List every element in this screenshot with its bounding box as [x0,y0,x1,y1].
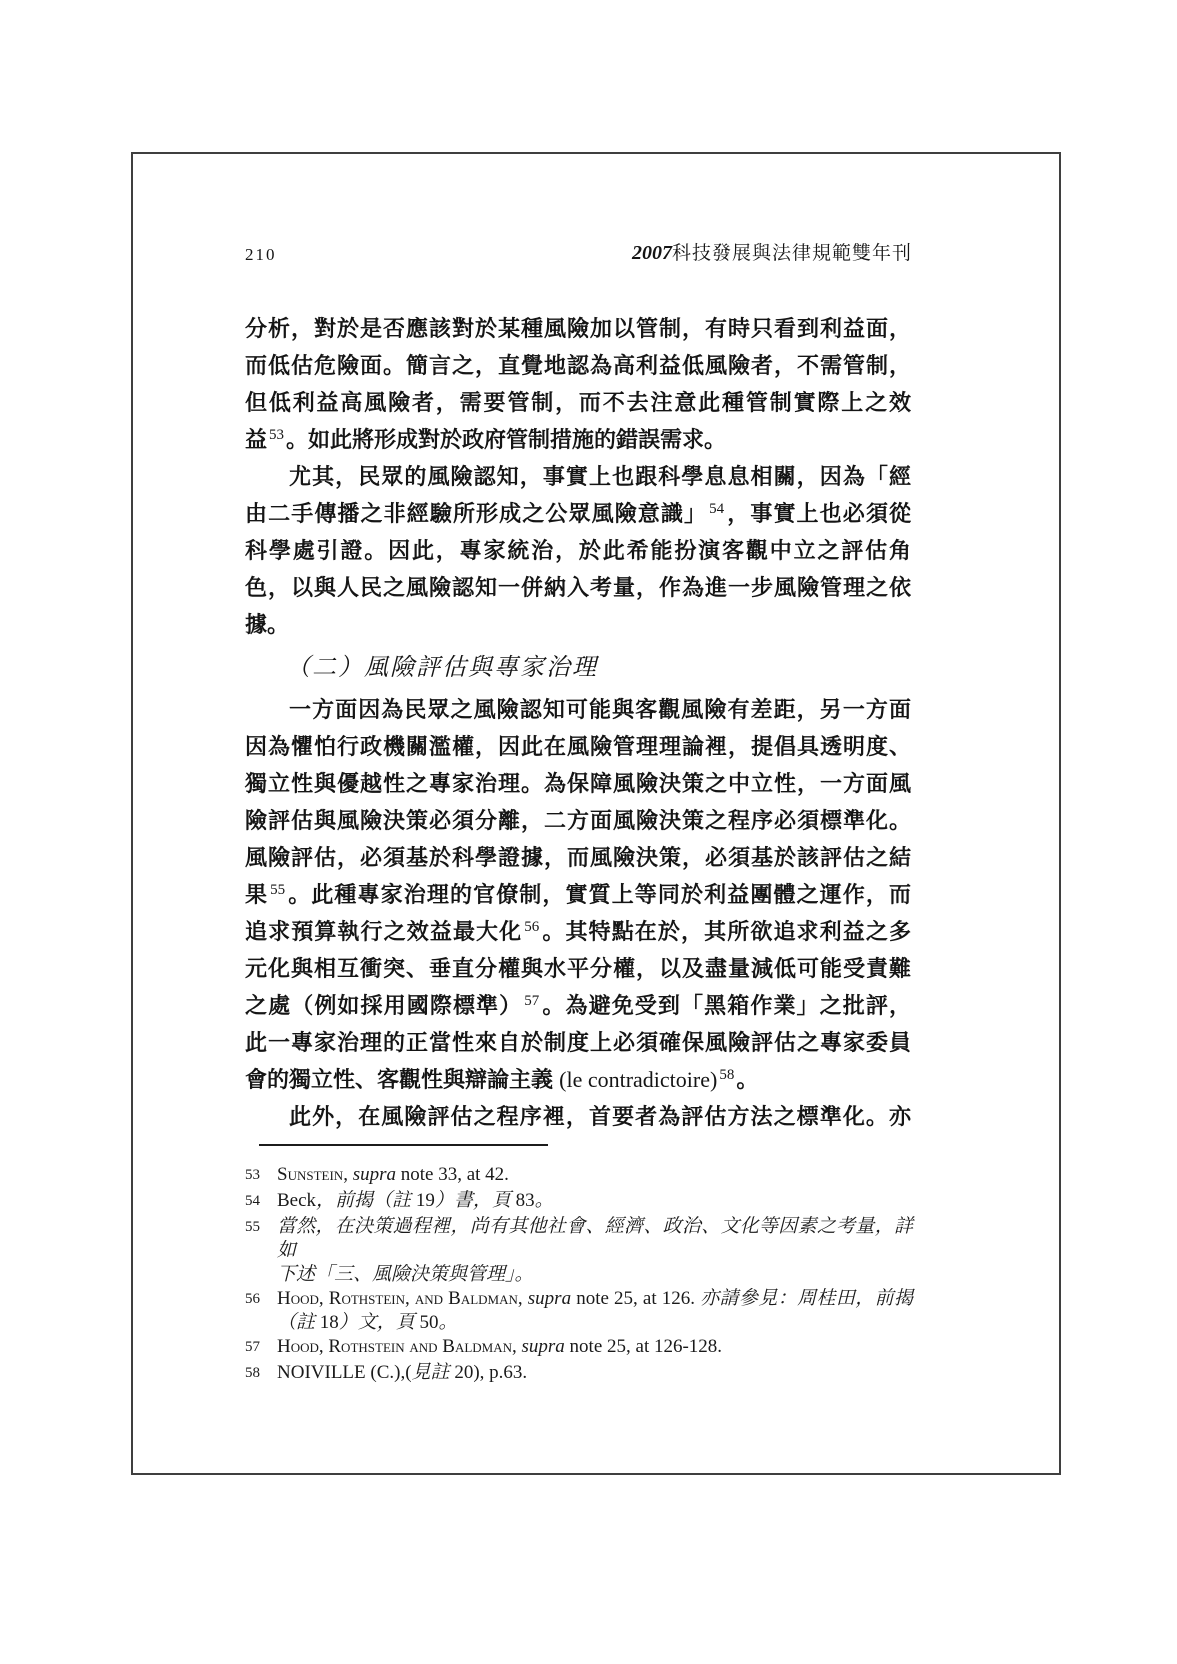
text-segment: ，事實上也必須從 [726,501,911,526]
footnote-separator [259,1144,548,1146]
body-line: 追求預算執行之效益最大化56。其特點在於，其所欲追求利益之多 [245,913,911,950]
text-segment: supra [528,1288,571,1309]
section-heading: （二）風險評估與專家治理 [245,649,911,687]
body-line: 一方面因為民眾之風險認知可能與客觀風險有差距，另一方面 [245,691,911,728]
footnote-ref: 56 [524,919,539,935]
footnote-line: 當然，在決策過程裡，尚有其他社會、經濟、政治、文化等因素之考量，詳如 [277,1215,913,1263]
footnote-line: Hood, Rothstein, and Baldman, supra note… [277,1287,913,1311]
text-segment: , [512,1336,522,1357]
body-line: 果55。此種專家治理的官僚制，實質上等同於利益團體之運作，而 [245,876,911,913]
footnote-item: 54Beck，前揭（註 19）書，頁 83。 [245,1189,913,1215]
text-segment: 會的獨立性、客觀性與辯論主義 [245,1067,559,1092]
body-line: 尤其，民眾的風險認知，事實上也跟科學息息相關，因為「經 [245,458,911,495]
paragraph: 一方面因為民眾之風險認知可能與客觀風險有差距，另一方面因為懼怕行政機關濫權，因此… [245,691,911,1098]
text-segment: , [518,1288,528,1309]
footnote-text: 當然，在決策過程裡，尚有其他社會、經濟、政治、文化等因素之考量，詳如下述「三、風… [277,1215,913,1287]
footnote-line: （註 18）文，頁 50。 [277,1311,913,1335]
text-segment: 下述「三、風險決策與管理」。 [277,1264,534,1285]
text-segment: 。為避免受到「黑箱作業」之批評， [541,993,911,1018]
text-segment: 。如此將形成對於政府管制措施的錯誤需求。 [286,427,726,452]
text-segment: ）書，頁 [435,1190,516,1211]
footnote-text: Sunstein, supra note 33, at 42. [277,1163,913,1189]
text-segment: 分析，對於是否應該對於某種風險加以管制，有時只看到利益面， [245,316,911,341]
text-segment: 追求預算執行之效益最大化 [245,919,522,944]
text-segment: 當然，在決策過程裡，尚有其他社會、經濟、政治、文化等因素之考量，詳如 [277,1216,913,1261]
footnote-item: 57Hood, Rothstein and Baldman, supra not… [245,1335,913,1361]
body-line: 據。 [245,606,911,643]
body-line: 險評估與風險決策必須分離，二方面風險決策之程序必須標準化。 [245,802,911,839]
body-line: 風險評估，必須基於科學證據，而風險決策，必須基於該評估之結 [245,839,911,876]
footnote-number: 55 [245,1213,277,1285]
body-line: 但低利益高風險者，需要管制，而不去注意此種管制實際上之效 [245,384,911,421]
text-segment: 據。 [245,612,289,637]
footnote-item: 56Hood, Rothstein, and Baldman, supra no… [245,1287,913,1335]
text-segment: NOIVILLE (C.),( [277,1362,412,1383]
footnote-ref: 54 [709,501,724,517]
text-segment: 但低利益高風險者，需要管制，而不去注意此種管制實際上之效 [245,390,911,415]
text-segment: supra [522,1336,565,1357]
journal-year: 2007 [632,242,672,264]
body-line: 分析，對於是否應該對於某種風險加以管制，有時只看到利益面， [245,310,911,347]
text-segment: note 25, at 126-128. [565,1336,722,1357]
scanned-journal-page: { "colors": { "background": "#ffffff", "… [0,0,1177,1664]
body-line: 因為懼怕行政機關濫權，因此在風險管理理論裡，提倡具透明度、 [245,728,911,765]
footnote-line: Beck，前揭（註 19）書，頁 83。 [277,1189,913,1213]
paragraph: 分析，對於是否應該對於某種風險加以管制，有時只看到利益面，而低估危險面。簡言之，… [245,310,911,458]
footnote-number: 57 [245,1333,277,1359]
text-segment: 色，以與人民之風險認知一併納入考量，作為進一步風險管理之依 [245,575,911,600]
body-line: 色，以與人民之風險認知一併納入考量，作為進一步風險管理之依 [245,569,911,606]
text-segment: 元化與相互衝突、垂直分權與水平分權，以及盡量減低可能受責難 [245,956,911,981]
body-line: 元化與相互衝突、垂直分權與水平分權，以及盡量減低可能受責難 [245,950,911,987]
footnote-number: 58 [245,1359,277,1385]
text-segment: (le contradictoire) [559,1067,717,1092]
journal-title: 2007科技發展與法律規範雙年刊 [632,238,912,265]
footnote-line: 下述「三、風險決策與管理」。 [277,1263,913,1287]
footnote-ref: 53 [269,427,284,443]
footnote-item: 53Sunstein, supra note 33, at 42. [245,1163,913,1189]
text-segment: 科學處引證。因此，專家統治，於此希能扮演客觀中立之評估角 [245,538,911,563]
body-line: 獨立性與優越性之專家治理。為保障風險決策之中立性，一方面風 [245,765,911,802]
text-segment: 。 [439,1312,458,1333]
text-segment: ）文，頁 [339,1312,420,1333]
footnote-ref: 57 [524,993,539,1009]
text-segment: 險評估與風險決策必須分離，二方面風險決策之程序必須標準化。 [245,808,911,833]
text-segment: 由二手傳播之非經驗所形成之公眾風險意識」 [245,501,707,526]
text-segment: 因為懼怕行政機關濫權，因此在風險管理理論裡，提倡具透明度、 [245,734,911,759]
footnotes: 53Sunstein, supra note 33, at 42.54Beck，… [245,1163,913,1387]
footnote-ref: 55 [270,882,285,898]
text-segment: , [343,1164,353,1185]
footnote-text: Hood, Rothstein and Baldman, supra note … [277,1335,913,1361]
text-segment: 見註 [412,1362,455,1383]
footnote-number: 54 [245,1187,277,1213]
text-segment: 一方面因為民眾之風險認知可能與客觀風險有差距，另一方面 [289,697,911,722]
page-header: 210 2007科技發展與法律規範雙年刊 [245,238,912,265]
text-segment: 果 [245,882,268,907]
text-segment: 。此種專家治理的官僚制，實質上等同於利益團體之運作，而 [287,882,911,907]
footnote-number: 53 [245,1161,277,1187]
page-number: 210 [245,245,277,265]
text-segment: 風險評估，必須基於科學證據，而風險決策，必須基於該評估之結 [245,845,911,870]
body-line: 此外，在風險評估之程序裡，首要者為評估方法之標準化。亦 [245,1098,911,1135]
text-segment: note 25, at 126. [571,1288,700,1309]
footnote-text: NOIVILLE (C.),(見註 20), p.63. [277,1361,913,1387]
text-segment: 50 [420,1312,439,1333]
footnote-number: 56 [245,1285,277,1333]
text-segment: 尤其，民眾的風險認知，事實上也跟科學息息相關，因為「經 [289,464,911,489]
footnote-text: Beck，前揭（註 19）書，頁 83。 [277,1189,913,1215]
body-line: 科學處引證。因此，專家統治，於此希能扮演客觀中立之評估角 [245,532,911,569]
text-segment: 益 [245,427,267,452]
text-segment: 此外，在風險評估之程序裡，首要者為評估方法之標準化。亦 [289,1104,911,1129]
paragraph: 此外，在風險評估之程序裡，首要者為評估方法之標準化。亦 [245,1098,911,1135]
body-line: 而低估危險面。簡言之，直覺地認為高利益低風險者，不需管制， [245,347,911,384]
text-segment: 18 [320,1312,339,1333]
body-line: 之處（例如採用國際標準）57。為避免受到「黑箱作業」之批評， [245,987,911,1024]
footnote-ref: 58 [719,1067,734,1083]
text-segment: 83 [516,1190,535,1211]
footnote-item: 55當然，在決策過程裡，尚有其他社會、經濟、政治、文化等因素之考量，詳如下述「三… [245,1215,913,1287]
text-segment: supra [353,1164,396,1185]
text-segment: Sunstein [277,1164,343,1185]
body-line: 由二手傳播之非經驗所形成之公眾風險意識」54，事實上也必須從 [245,495,911,532]
body-line: 益53。如此將形成對於政府管制措施的錯誤需求。 [245,421,911,458]
text-segment: Hood, Rothstein and Baldman [277,1336,512,1357]
text-segment: ), p.63. [473,1362,527,1383]
footnote-line: Hood, Rothstein and Baldman, supra note … [277,1335,913,1359]
article-body: 分析，對於是否應該對於某種風險加以管制，有時只看到利益面，而低估危險面。簡言之，… [245,310,911,1135]
text-segment: Beck [277,1190,316,1211]
text-segment: （註 [277,1312,320,1333]
text-segment: Hood, Rothstein, and Baldman [277,1288,518,1309]
journal-name: 科技發展與法律規範雙年刊 [672,243,912,264]
body-line: 會的獨立性、客觀性與辯論主義 (le contradictoire)58。 [245,1061,911,1098]
text-segment: 19 [416,1190,435,1211]
text-segment: 。 [535,1190,554,1211]
footnote-text: Hood, Rothstein, and Baldman, supra note… [277,1287,913,1335]
text-segment: 。 [736,1067,758,1092]
body-line: 此一專家治理的正當性來自於制度上必須確保風險評估之專家委員 [245,1024,911,1061]
text-segment: 20 [454,1362,473,1383]
paragraph: 尤其，民眾的風險認知，事實上也跟科學息息相關，因為「經由二手傳播之非經驗所形成之… [245,458,911,643]
text-segment: note 33, at 42. [396,1164,509,1185]
footnote-line: Sunstein, supra note 33, at 42. [277,1163,913,1187]
footnote-item: 58NOIVILLE (C.),(見註 20), p.63. [245,1361,913,1387]
text-segment: 亦請參見：周桂田，前揭 [700,1288,913,1309]
text-segment: 獨立性與優越性之專家治理。為保障風險決策之中立性，一方面風 [245,771,911,796]
text-segment: 此一專家治理的正當性來自於制度上必須確保風險評估之專家委員 [245,1030,911,1055]
text-segment: ，前揭（註 [316,1190,416,1211]
text-segment: 之處（例如採用國際標準） [245,993,522,1018]
text-segment: 。其特點在於，其所欲追求利益之多 [541,919,911,944]
text-segment: 而低估危險面。簡言之，直覺地認為高利益低風險者，不需管制， [245,353,911,378]
footnote-line: NOIVILLE (C.),(見註 20), p.63. [277,1361,913,1385]
